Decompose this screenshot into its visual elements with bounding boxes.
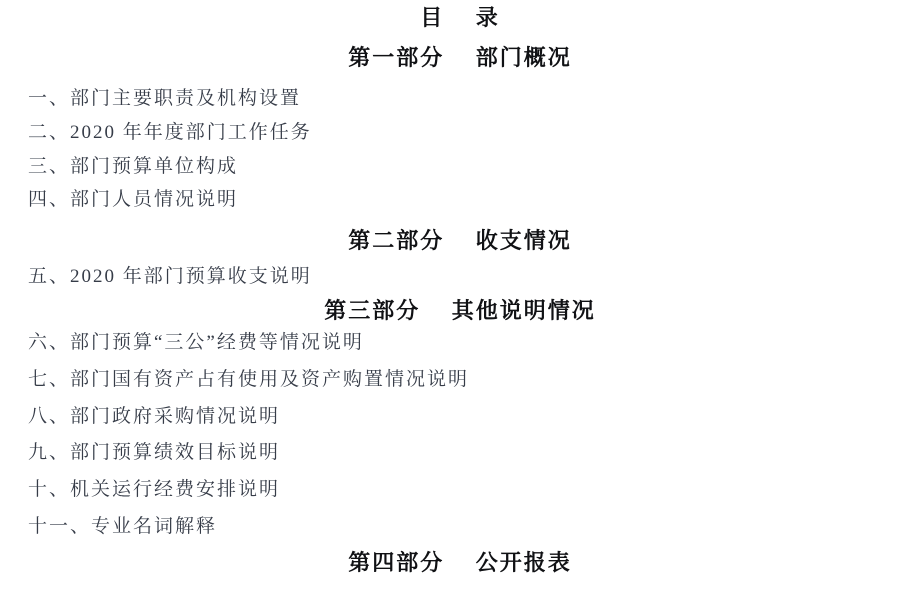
toc-item-10: 十、机关运行经费安排说明 <box>28 480 280 499</box>
toc-item-7: 七、部门国有资产占有使用及资产购置情况说明 <box>28 370 469 389</box>
toc-title: 目 录 <box>0 7 920 29</box>
toc-item-6: 六、部门预算“三公”经费等情况说明 <box>28 333 364 352</box>
toc-item-11: 十一、专业名词解释 <box>28 517 217 536</box>
toc-page: 目 录 第一部分 部门概况 一、部门主要职责及机构设置 二、2020 年年度部门… <box>0 0 920 601</box>
part-3-heading: 第三部分 其他说明情况 <box>0 300 920 322</box>
toc-item-3: 三、部门预算单位构成 <box>28 157 238 176</box>
part-2-heading: 第二部分 收支情况 <box>0 230 920 252</box>
toc-item-8: 八、部门政府采购情况说明 <box>28 407 280 426</box>
toc-item-2: 二、2020 年年度部门工作任务 <box>28 123 312 142</box>
toc-item-9: 九、部门预算绩效目标说明 <box>28 443 280 462</box>
toc-item-5: 五、2020 年部门预算收支说明 <box>28 267 312 286</box>
toc-item-4: 四、部门人员情况说明 <box>28 190 238 209</box>
toc-item-1: 一、部门主要职责及机构设置 <box>28 89 301 108</box>
part-1-heading: 第一部分 部门概况 <box>0 47 920 69</box>
part-4-heading: 第四部分 公开报表 <box>0 552 920 574</box>
